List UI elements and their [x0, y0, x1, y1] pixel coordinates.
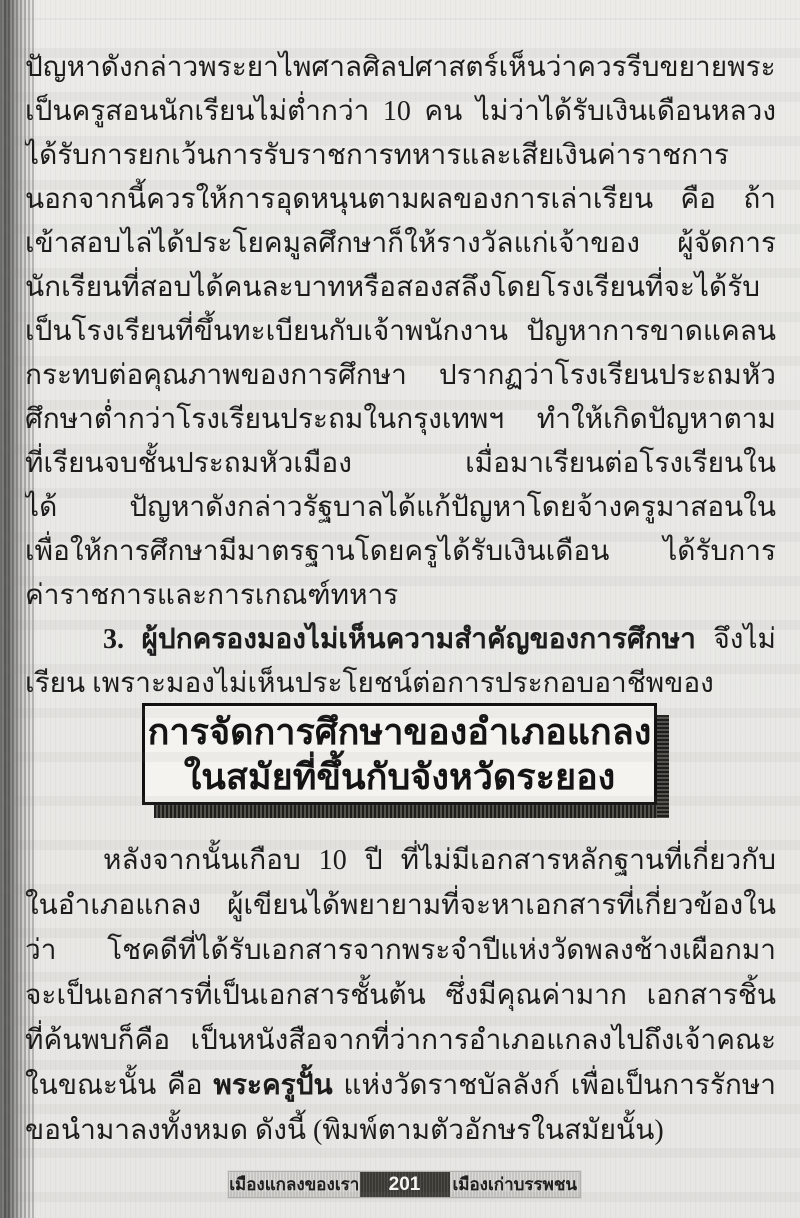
text-segment: ขอนำมาลงทั้งหมด ดังนี้ (พิมพ์ตามตัวอักษร… — [25, 1115, 664, 1146]
bold-text-segment: 3. ผู้ปกครองมองไม่เห็นความสำคัญของการศึก… — [103, 624, 696, 655]
text-line: เป็นโรงเรียนที่ขึ้นทะเบียนกับเจ้าพนักงาน… — [25, 310, 776, 354]
text-segment: นอกจากนี้ควรให้การอุดหนุนตามผลของการเล่า… — [25, 184, 776, 222]
footer-right-label: เมืองเก่าบรรพชน — [450, 1172, 581, 1197]
text-line: ว่า โชคดีที่ได้รับเอกสารจากพระจำปีแห่งวั… — [25, 928, 776, 973]
text-line: ศึกษาต่ำกว่าโรงเรียนประถมในกรุงเทพฯ ทำให… — [25, 398, 776, 442]
text-segment: กระทบต่อคุณภาพของการศึกษา ปรากฏว่าโรงเรี… — [25, 360, 776, 398]
text-line: กระทบต่อคุณภาพของการศึกษา ปรากฏว่าโรงเรี… — [25, 354, 776, 398]
text-segment: ปัญหาดังกล่าวพระยาไพศาลศิลปศาสตร์เห็นว่า… — [25, 52, 776, 90]
text-segment: เป็นโรงเรียนที่ขึ้นทะเบียนกับเจ้าพนักงาน… — [25, 316, 776, 354]
text-line: ขอนำมาลงทั้งหมด ดังนี้ (พิมพ์ตามตัวอักษร… — [25, 1108, 776, 1153]
text-line: เป็นครูสอนนักเรียนไม่ต่ำกว่า 10 คน ไม่ว่… — [25, 90, 776, 134]
footer-left-label: เมืองแกลงของเรา — [229, 1172, 360, 1197]
text-line: ได้ ปัญหาดังกล่าวรัฐบาลได้แก้ปัญหาโดยจ้า… — [25, 486, 776, 530]
text-line: เพื่อให้การศึกษามีมาตรฐานโดยครูได้รับเงิ… — [25, 530, 776, 574]
text-segment: ที่เรียนจบชั้นประถมหัวเมือง เมื่อมาเรียน… — [25, 448, 776, 486]
paragraph-block-top: ปัญหาดังกล่าวพระยาไพศาลศิลปศาสตร์เห็นว่า… — [25, 46, 776, 706]
text-segment: นักเรียนที่สอบได้คนละบาทหรือสองสลึงโดยโร… — [25, 272, 760, 310]
text-segment: เข้าสอบไล่ได้ประโยคมูลศึกษาก็ให้รางวัลแก… — [25, 228, 776, 266]
text-segment: ค่าราชการและการเกณฑ์ทหาร — [25, 580, 398, 611]
text-segment: หลังจากนั้นเกือบ 10 ปี ที่ไม่มีเอกสารหลั… — [25, 845, 776, 883]
paragraph-block-bottom: หลังจากนั้นเกือบ 10 ปี ที่ไม่มีเอกสารหลั… — [25, 838, 776, 1153]
text-line: เข้าสอบไล่ได้ประโยคมูลศึกษาก็ให้รางวัลแก… — [25, 222, 776, 266]
text-line: ปัญหาดังกล่าวพระยาไพศาลศิลปศาสตร์เห็นว่า… — [25, 46, 776, 90]
text-line: ที่เรียนจบชั้นประถมหัวเมือง เมื่อมาเรียน… — [25, 442, 776, 486]
text-line: นอกจากนี้ควรให้การอุดหนุนตามผลของการเล่า… — [25, 178, 776, 222]
text-segment: ได้ ปัญหาดังกล่าวรัฐบาลได้แก้ปัญหาโดยจ้า… — [25, 492, 776, 530]
text-line: ได้รับการยกเว้นการรับราชการทหารและเสียเง… — [25, 134, 776, 178]
text-line: 3. ผู้ปกครองมองไม่เห็นความสำคัญของการศึก… — [25, 618, 776, 662]
text-line: จะเป็นเอกสารที่เป็นเอกสารชั้นต้น ซึ่งมีค… — [25, 973, 776, 1018]
text-segment: เป็นครูสอนนักเรียนไม่ต่ำกว่า 10 คน ไม่ว่… — [25, 96, 776, 134]
text-line: ค่าราชการและการเกณฑ์ทหาร — [25, 574, 776, 618]
text-line: เรียน เพราะมองไม่เห็นประโยชน์ต่อการประกอ… — [25, 662, 776, 706]
bold-text-segment: พระครูปั้น — [213, 1070, 332, 1101]
footer-page-number: 201 — [360, 1172, 450, 1197]
text-segment: ในขณะนั้น คือ — [25, 1070, 213, 1101]
text-segment: เรียน เพราะมองไม่เห็นประโยชน์ต่อการประกอ… — [25, 668, 714, 706]
text-segment: ในอำเภอแกลง ผู้เขียนได้พยายามที่จะหาเอกส… — [25, 890, 776, 928]
text-segment: จะเป็นเอกสารที่เป็นเอกสารชั้นต้น ซึ่งมีค… — [25, 980, 776, 1018]
text-segment: ศึกษาต่ำกว่าโรงเรียนประถมในกรุงเทพฯ ทำให… — [25, 404, 776, 442]
section-heading-line-2: ในสมัยที่ขึ้นกับจังหวัดระยอง — [145, 755, 654, 800]
page-footer: เมืองแกลงของเรา 201 เมืองเก่าบรรพชน — [228, 1171, 581, 1198]
text-line: หลังจากนั้นเกือบ 10 ปี ที่ไม่มีเอกสารหลั… — [25, 838, 776, 883]
text-segment: ที่ค้นพบก็คือ เป็นหนังสือจากที่ว่าการอำเ… — [25, 1025, 776, 1063]
text-line: ที่ค้นพบก็คือ เป็นหนังสือจากที่ว่าการอำเ… — [25, 1018, 776, 1063]
section-heading-line-1: การจัดการศึกษาของอำเภอแกลง — [145, 710, 654, 755]
text-segment: เพื่อให้การศึกษามีมาตรฐานโดยครูได้รับเงิ… — [25, 536, 776, 574]
section-heading-box: การจัดการศึกษาของอำเภอแกลง ในสมัยที่ขึ้น… — [142, 703, 657, 805]
text-line: ในขณะนั้น คือ พระครูปั้น แห่งวัดราชบัลลั… — [25, 1063, 776, 1108]
text-line: นักเรียนที่สอบได้คนละบาทหรือสองสลึงโดยโร… — [25, 266, 776, 310]
text-line: ในอำเภอแกลง ผู้เขียนได้พยายามที่จะหาเอกส… — [25, 883, 776, 928]
text-segment: ว่า โชคดีที่ได้รับเอกสารจากพระจำปีแห่งวั… — [25, 935, 776, 973]
text-segment: ได้รับการยกเว้นการรับราชการทหารและเสียเง… — [25, 140, 729, 178]
scanned-page: ปัญหาดังกล่าวพระยาไพศาลศิลปศาสตร์เห็นว่า… — [0, 0, 800, 1218]
